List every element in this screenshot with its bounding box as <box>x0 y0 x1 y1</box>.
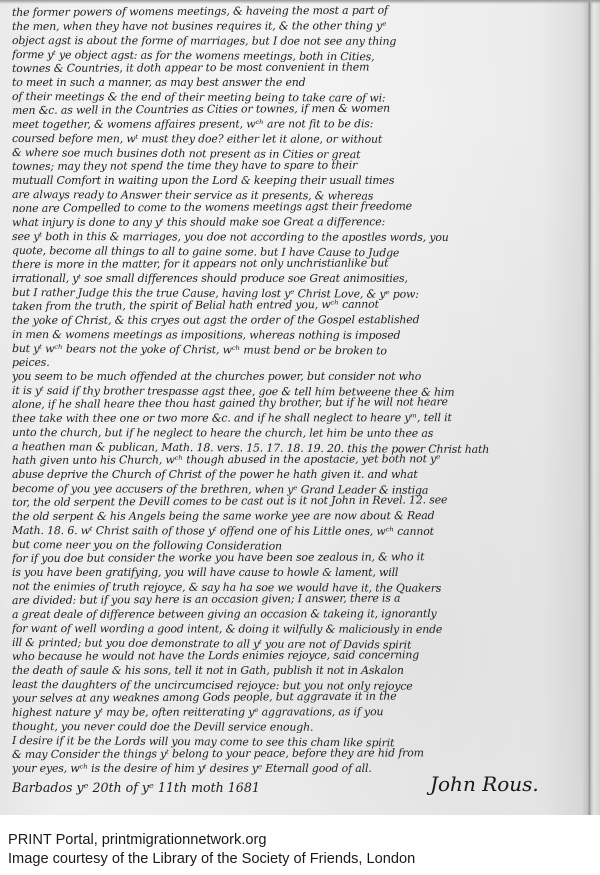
image-credit: PRINT Portal, printmigrationnetwork.org … <box>8 831 598 869</box>
manuscript-line: Math. 18. 6. wᵗ Christ saith of those yᵗ… <box>12 524 584 539</box>
manuscript-line: your selves at any weaknes among Gods pe… <box>12 688 584 706</box>
manuscript-line: the men, when they have not busines requ… <box>12 19 584 34</box>
manuscript-line: highest nature yᵗ may be, often reittera… <box>12 705 584 720</box>
manuscript-line: thee take with thee one or two more &c. … <box>12 411 584 426</box>
manuscript-line: you seem to be much offended at the chur… <box>12 370 584 384</box>
manuscript-line: mutuall Comfort in waiting upon the Lord… <box>12 174 584 188</box>
binding-edge <box>588 0 591 815</box>
manuscript-text: the former powers of womens meetings, & … <box>12 6 584 776</box>
manuscript-line: abuse deprive the Church of Christ of th… <box>12 468 584 482</box>
dateline: Barbados yᵉ 20th of yᵉ 11th moth 1681 <box>12 780 260 795</box>
manuscript-line: peices. <box>12 354 584 370</box>
manuscript-line: men &c. as well in the Countries as Citi… <box>12 100 584 118</box>
manuscript-line: there is more in the matter, for it appe… <box>12 256 584 272</box>
credit-source: PRINT Portal, printmigrationnetwork.org <box>8 831 598 850</box>
manuscript-line: & may Consider the things yᵗ belong to y… <box>12 746 584 762</box>
manuscript-line: unto the church, but if he neglect to he… <box>12 426 584 441</box>
signature-row: Barbados yᵉ 20th of yᵉ 11th moth 1681 Jo… <box>12 776 584 806</box>
manuscript-line: are divided: but if you say here is an o… <box>12 590 584 608</box>
credit-courtesy: Image courtesy of the Library of the Soc… <box>8 850 598 869</box>
manuscript-line: irrationall, yᵗ soe small differences sh… <box>12 272 584 286</box>
manuscript-line: townes & Countries, it doth appear to be… <box>12 60 584 76</box>
manuscript-line: the old serpent & his Angels being the s… <box>12 509 584 524</box>
manuscript-line: for if you doe but consider the worke yo… <box>12 550 584 566</box>
manuscript-line: coursed before men, wᵗ must they doe? ei… <box>12 132 584 147</box>
manuscript-line: see yᵗ both in this & marriages, you doe… <box>12 230 584 245</box>
manuscript-line: what injury is done to any yᵗ this shoul… <box>12 215 584 230</box>
manuscript-line: meet together, & womens affaires present… <box>12 117 584 132</box>
manuscript-line: who because he would not have the Lords … <box>12 648 584 664</box>
manuscript-scan: the former powers of womens meetings, & … <box>0 0 600 815</box>
manuscript-line: object agst is about the forme of marria… <box>12 34 584 49</box>
manuscript-line: townes; may they not spend the time they… <box>12 158 584 174</box>
manuscript-line: a great deale of difference between givi… <box>12 607 584 622</box>
manuscript-line: alone, if he shall heare thee thou hast … <box>12 394 584 412</box>
manuscript-line: the death of saule & his sons, tell it n… <box>12 664 584 678</box>
manuscript-line: taken from the truth, the spirit of Beli… <box>12 296 584 314</box>
manuscript-line: none are Compelled to come to the womens… <box>12 198 584 216</box>
manuscript-line: is you have been gratifying, you will ha… <box>12 566 584 580</box>
manuscript-line: for want of well wording a good intent, … <box>12 622 584 637</box>
manuscript-line: the former powers of womens meetings, & … <box>12 2 584 20</box>
manuscript-line: in men & womens meetings as impositions,… <box>12 328 584 343</box>
manuscript-line: the yoke of Christ, & this cryes out ags… <box>12 313 584 328</box>
manuscript-line: to meet in such a manner, as may best an… <box>12 76 584 90</box>
manuscript-line: tor, the old serpent the Devill comes to… <box>12 492 584 510</box>
signature: John Rous. <box>430 772 539 796</box>
manuscript-line: thought, you never could doe the Devill … <box>12 720 584 735</box>
manuscript-line: hath given unto his Church, wᶜʰ though a… <box>12 452 584 468</box>
